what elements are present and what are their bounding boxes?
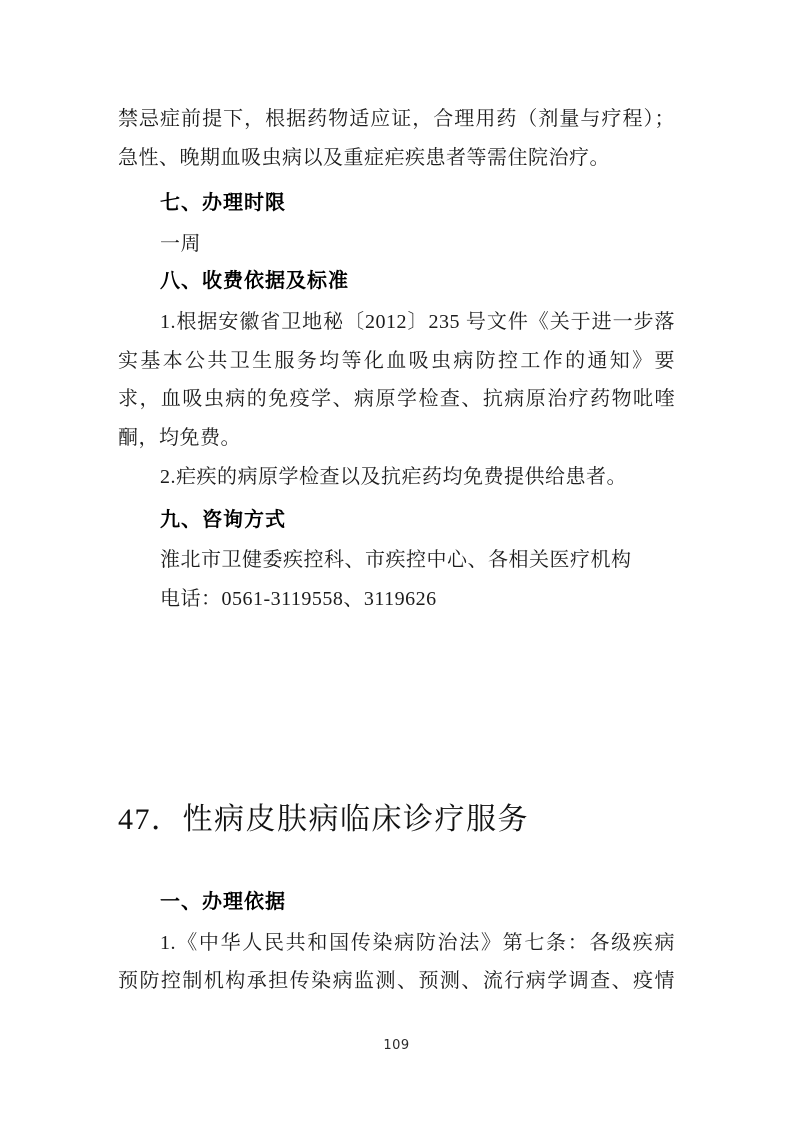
section-9-heading: 九、咨询方式	[118, 506, 675, 534]
section-8-item-1-line-2: 实基本公共卫生服务均等化血吸虫病防控工作的通知》要	[118, 347, 675, 375]
intro-paragraph-line-1: 禁忌症前提下，根据药物适应证，合理用药（剂量与疗程）；	[118, 105, 675, 133]
document-page: 禁忌症前提下，根据药物适应证，合理用药（剂量与疗程）； 急性、晚期血吸虫病以及重…	[0, 0, 793, 1122]
service-47-section-1-line-1: 1.《中华人民共和国传染病防治法》第七条：各级疾病	[118, 929, 675, 957]
service-47-section-1-heading: 一、办理依据	[118, 888, 675, 916]
section-8-item-1-line-4: 酮，均免费。	[118, 424, 675, 452]
section-8-item-2: 2.疟疾的病原学检查以及抗疟药均免费提供给患者。	[118, 463, 675, 491]
intro-paragraph-line-2: 急性、晚期血吸虫病以及重症疟疾患者等需住院治疗。	[118, 144, 675, 172]
section-7-body: 一周	[118, 230, 675, 258]
service-47-section-1-line-2: 预防控制机构承担传染病监测、预测、流行病学调查、疫情	[118, 967, 675, 995]
section-8-heading: 八、收费依据及标准	[118, 267, 675, 295]
service-47-title: 47．性病皮肤病临床诊疗服务	[118, 800, 675, 840]
section-9-phone: 电话：0561-3119558、3119626	[118, 585, 675, 613]
section-7-heading: 七、办理时限	[118, 189, 675, 217]
section-8-item-1-line-1: 1.根据安徽省卫地秘〔2012〕235 号文件《关于进一步落	[118, 308, 675, 336]
section-8-item-1-line-3: 求，血吸虫病的免疫学、病原学检查、抗病原治疗药物吡喹	[118, 385, 675, 413]
page-number: 109	[0, 1038, 793, 1053]
section-9-contacts: 淮北市卫健委疾控科、市疾控中心、各相关医疗机构	[118, 546, 675, 574]
